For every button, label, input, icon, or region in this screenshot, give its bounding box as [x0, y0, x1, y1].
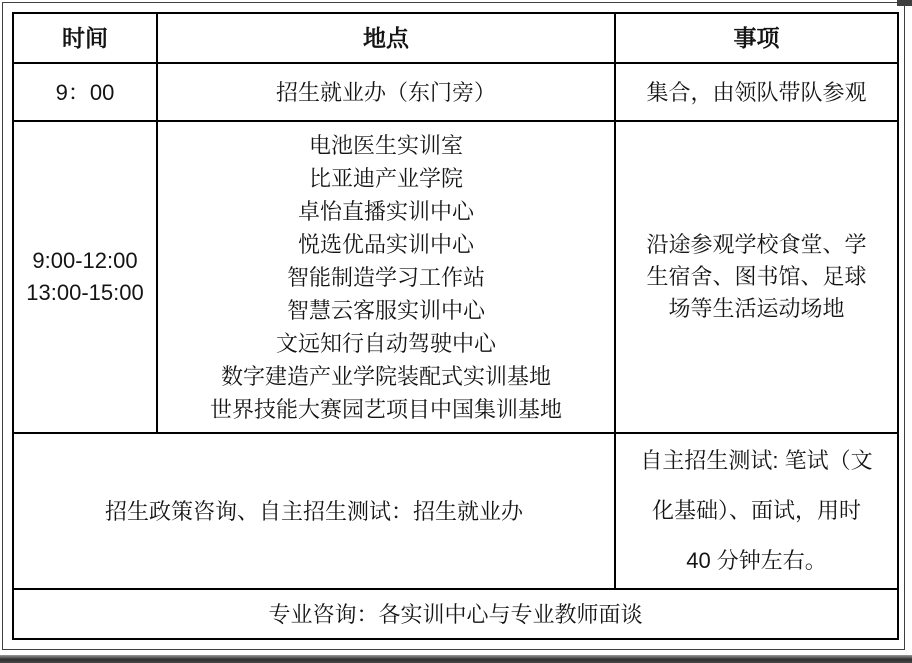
cell-items-assembly: 集合，由领队带队参观 — [615, 63, 898, 121]
cell-items-test-details: 自主招生测试: 笔试（文化基础）、面试，用时40 分钟左右。 — [615, 433, 898, 589]
text-line: 悦选优品实训中心 — [164, 228, 608, 261]
text-line: 数字建造产业学院装配式实训基地 — [164, 360, 608, 393]
header-time: 时间 — [13, 13, 157, 63]
text-line: 文远知行自动驾驶中心 — [164, 327, 608, 360]
text-line: 世界技能大赛园艺项目中国集训基地 — [164, 393, 608, 426]
text-line: 比亚迪产业学院 — [164, 162, 608, 195]
text-line: 智慧云客服实训中心 — [164, 294, 608, 327]
table-row-tour: 9:00-12:0013:00-15:00 电池医生实训室比亚迪产业学院卓怡直播… — [13, 121, 898, 433]
document-page: 时间 地点 事项 9：00 招生就业办（东门旁） 集合，由领队带队参观 9:00… — [0, 0, 912, 663]
campus-tour-text: 沿途参观学校食堂、学生宿舍、图书馆、足球场等生活运动场地 — [622, 229, 891, 325]
text-line: 场等生活运动场地 — [622, 293, 891, 325]
cell-location-training-centers: 电池医生实训室比亚迪产业学院卓怡直播实训中心悦选优品实训中心智能制造学习工作站智… — [157, 121, 615, 433]
text-line: 生宿舍、图书馆、足球 — [622, 261, 891, 293]
tour-time-lines: 9:00-12:0013:00-15:00 — [20, 245, 150, 309]
table-row-professional-consult: 专业咨询：各实训中心与专业教师面谈 — [13, 589, 898, 639]
table-row-consult-test: 招生政策咨询、自主招生测试：招生就业办 自主招生测试: 笔试（文化基础）、面试，… — [13, 433, 898, 589]
cell-items-campus-tour: 沿途参观学校食堂、学生宿舍、图书馆、足球场等生活运动场地 — [615, 121, 898, 433]
text-line: 9:00-12:00 — [20, 245, 150, 277]
cell-consult-test-location: 招生政策咨询、自主招生测试：招生就业办 — [13, 433, 615, 589]
text-line: 卓怡直播实训中心 — [164, 195, 608, 228]
test-details-text: 自主招生测试: 笔试（文化基础）、面试，用时40 分钟左右。 — [622, 436, 891, 586]
text-line: 40 分钟左右。 — [622, 536, 891, 586]
schedule-table: 时间 地点 事项 9：00 招生就业办（东门旁） 集合，由领队带队参观 9:00… — [12, 12, 899, 640]
corner-mark — [897, 0, 912, 6]
text-line: 13:00-15:00 — [20, 277, 150, 309]
text-line: 智能制造学习工作站 — [164, 261, 608, 294]
cell-professional-consult: 专业咨询：各实训中心与专业教师面谈 — [13, 589, 898, 639]
training-center-list: 电池医生实训室比亚迪产业学院卓怡直播实训中心悦选优品实训中心智能制造学习工作站智… — [164, 129, 608, 426]
cell-location-admissions-office: 招生就业办（东门旁） — [157, 63, 615, 121]
text-line: 沿途参观学校食堂、学 — [622, 229, 891, 261]
text-line: 自主招生测试: 笔试（文 — [622, 436, 891, 486]
cell-time-tour: 9:00-12:0013:00-15:00 — [13, 121, 157, 433]
text-line: 电池医生实训室 — [164, 129, 608, 162]
cell-time-900: 9：00 — [13, 63, 157, 121]
bottom-edge-bar — [0, 655, 912, 663]
header-items: 事项 — [615, 13, 898, 63]
table-header-row: 时间 地点 事项 — [13, 13, 898, 63]
table-row-assembly: 9：00 招生就业办（东门旁） 集合，由领队带队参观 — [13, 63, 898, 121]
header-location: 地点 — [157, 13, 615, 63]
text-line: 化基础）、面试，用时 — [622, 486, 891, 536]
